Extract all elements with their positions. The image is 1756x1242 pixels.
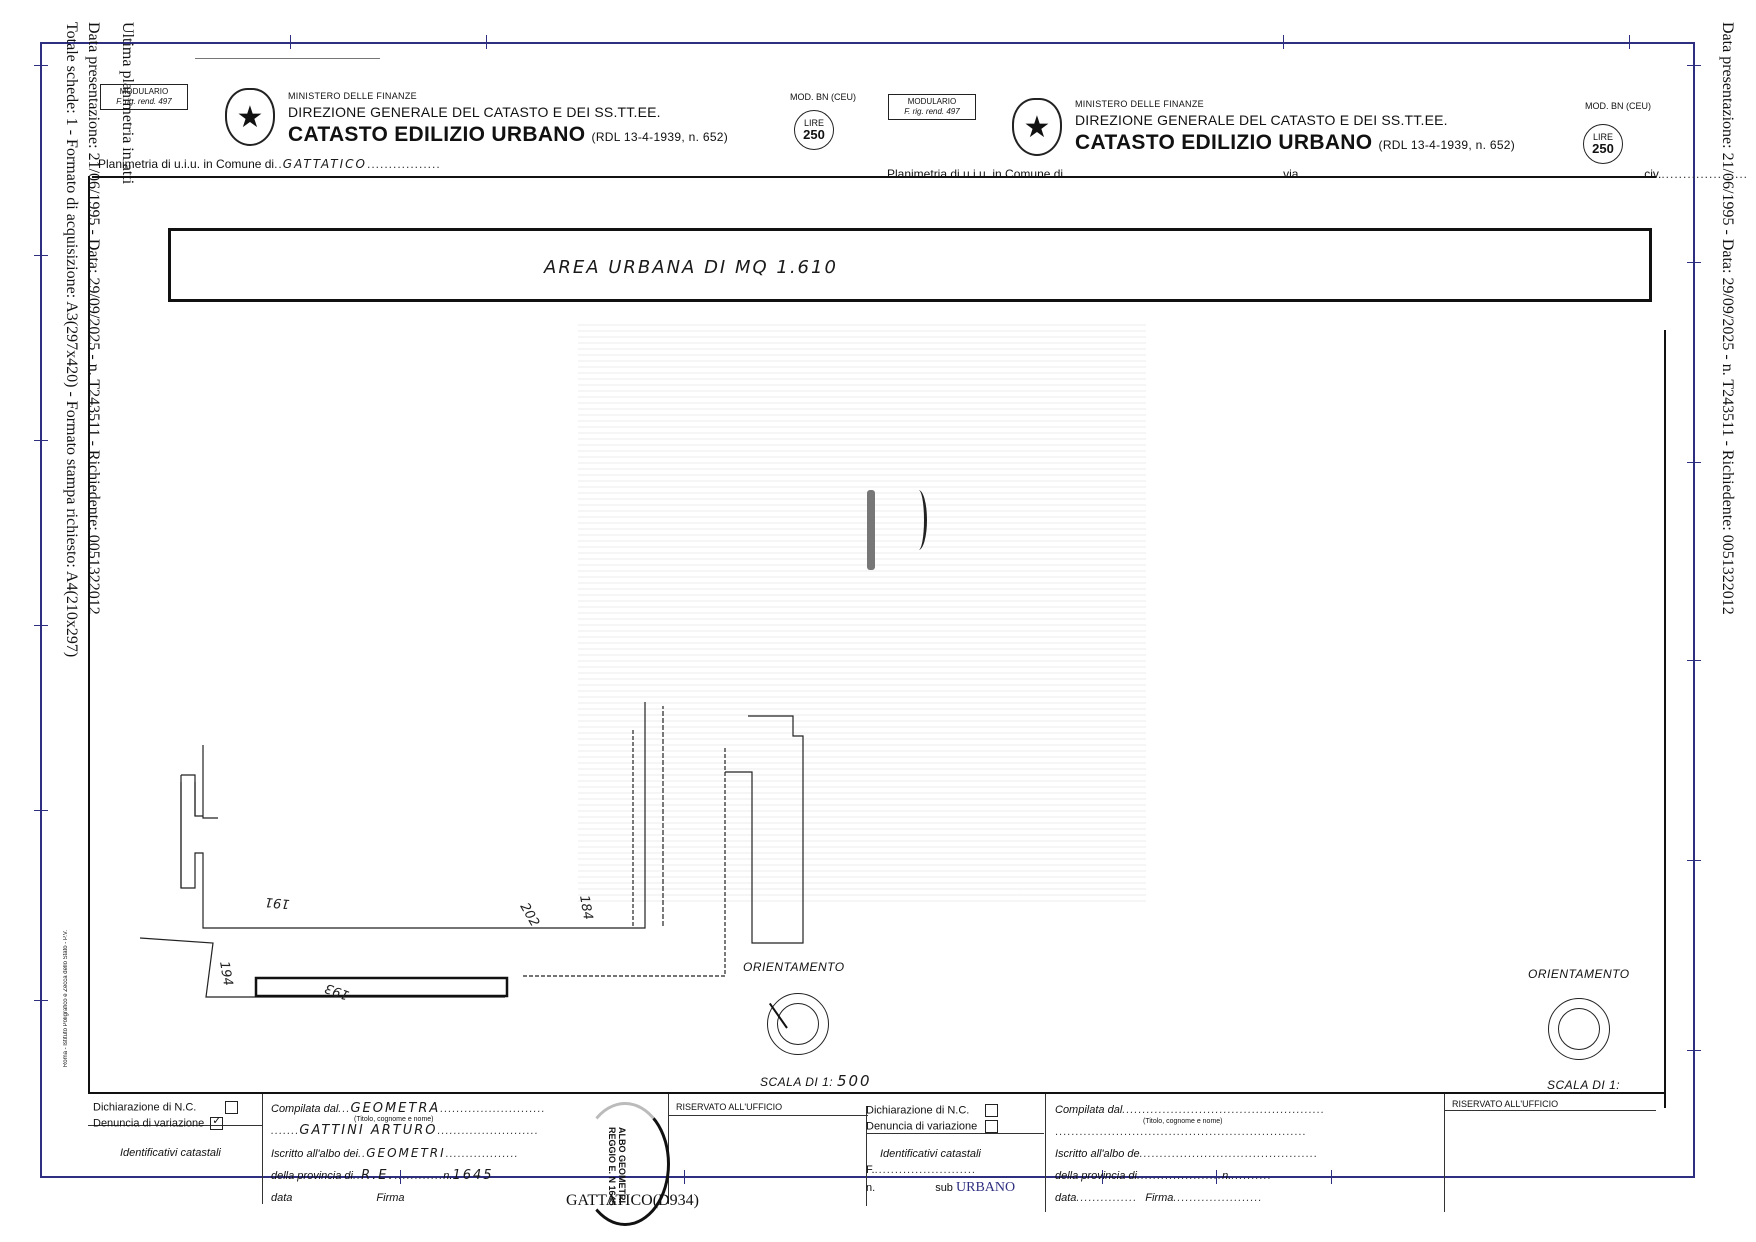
frame-tick bbox=[1283, 35, 1284, 49]
area-note-text: AREA URBANA DI MQ 1.610 bbox=[544, 257, 838, 278]
scale-value-left: 500 bbox=[837, 1072, 872, 1090]
side-text-format: Totale schede: 1 - Formato di acquisizio… bbox=[62, 22, 80, 657]
comune-handwritten: GATTATICO bbox=[283, 157, 367, 171]
model-label-left: MOD. BN (CEU) bbox=[790, 92, 856, 102]
frame-tick bbox=[34, 1000, 48, 1001]
blue-frame-top bbox=[40, 42, 1693, 44]
direction-label-left: DIREZIONE GENERALE DEL CATASTO E DEI SS.… bbox=[288, 104, 661, 120]
orientation-label-right: ORIENTAMENTO bbox=[1528, 967, 1630, 981]
province-row-right: della provincia di.....................n… bbox=[1055, 1170, 1272, 1182]
compiled-hint-right: (Titolo, cognome e nome) bbox=[1143, 1118, 1223, 1125]
bottom-form-divider bbox=[1444, 1094, 1445, 1212]
frame-right-line bbox=[1664, 330, 1666, 1108]
decl-var-checkbox-right[interactable] bbox=[985, 1120, 998, 1133]
reserved-rule bbox=[668, 1115, 868, 1116]
decl-nc-checkbox-right[interactable] bbox=[985, 1104, 998, 1117]
parcel-label: 191 bbox=[264, 894, 290, 911]
date-sign-row-right: data...............Firma................… bbox=[1055, 1192, 1263, 1204]
frame-tick bbox=[1687, 660, 1701, 661]
albo-row-left: Iscritto all'albo dei..GEOMETRI.........… bbox=[271, 1146, 519, 1160]
area-note-box: AREA URBANA DI MQ 1.610 bbox=[168, 228, 1652, 302]
albo-row-right: Iscritto all'albo de....................… bbox=[1055, 1148, 1318, 1160]
catasto-title-right: CATASTO EDILIZIO URBANO (RDL 13-4-1939, … bbox=[1075, 131, 1515, 155]
republic-emblem-icon: ★ bbox=[1012, 98, 1062, 156]
catasto-title-left: CATASTO EDILIZIO URBANO (RDL 13-4-1939, … bbox=[288, 123, 728, 147]
ident-label-right: Identificativi catastali bbox=[880, 1148, 981, 1160]
ident-n-sub-right: n.sub URBANO bbox=[866, 1180, 1015, 1196]
parcel-label: 184 bbox=[576, 894, 595, 921]
reserved-label-left: RISERVATO ALL'UFFICIO bbox=[676, 1102, 782, 1112]
orientation-compass-right bbox=[1548, 998, 1610, 1060]
reserved-label-right: RISERVATO ALL'UFFICIO bbox=[1452, 1099, 1558, 1109]
frame-bottom-line bbox=[88, 1092, 1666, 1094]
model-label-right: MOD. BN (CEU) bbox=[1585, 101, 1651, 111]
scale-label-left: SCALA DI 1: 500 bbox=[760, 1072, 872, 1090]
plan-comune-line-left: Planimetria di u.i.u. in Comune di..GATT… bbox=[98, 157, 441, 171]
orientation-label-left: ORIENTAMENTO bbox=[743, 960, 845, 974]
frame-tick bbox=[34, 625, 48, 626]
parcel-193-strip bbox=[256, 978, 507, 996]
stamp-duty-left: LIRE 250 bbox=[794, 110, 834, 150]
bottom-form-divider bbox=[262, 1094, 263, 1204]
plan-comune-line-right: Planimetria di u.i.u. in Comune di......… bbox=[887, 167, 1748, 181]
modulario-box-right: MODULARIO F. rig. rend. 497 bbox=[888, 94, 976, 120]
direction-label-right: DIREZIONE GENERALE DEL CATASTO E DEI SS.… bbox=[1075, 112, 1448, 128]
ident-f-right: F.......................... bbox=[866, 1164, 976, 1176]
reserved-rule bbox=[1444, 1110, 1656, 1111]
blue-frame-right bbox=[1693, 42, 1695, 1178]
smudge-mark bbox=[867, 490, 875, 570]
frame-tick bbox=[684, 1170, 685, 1184]
decl-var-row-left: Denuncia di variazione✓ bbox=[93, 1117, 223, 1130]
frame-tick bbox=[34, 255, 48, 256]
ident-label-left: Identificativi catastali bbox=[120, 1147, 221, 1159]
decl-nc-checkbox-left[interactable] bbox=[225, 1101, 238, 1114]
frame-tick bbox=[1687, 1050, 1701, 1051]
comune-code-footer: GATTATICO(D934) bbox=[566, 1192, 699, 1210]
header-rule bbox=[195, 58, 380, 59]
frame-top-line bbox=[92, 176, 1656, 178]
republic-emblem-icon: ★ bbox=[225, 88, 275, 146]
compiled-line2-right: ........................................… bbox=[1055, 1126, 1306, 1138]
bottom-form-divider bbox=[866, 1133, 1044, 1134]
frame-tick bbox=[34, 810, 48, 811]
decl-var-checkbox-left[interactable]: ✓ bbox=[210, 1117, 223, 1130]
compiled-hint-left: (Titolo, cognome e nome) bbox=[354, 1116, 434, 1123]
frame-tick bbox=[486, 35, 487, 49]
decl-nc-row-right: Dichiarazione di N.C. bbox=[866, 1104, 998, 1117]
ministry-label-right: MINISTERO DELLE FINANZE bbox=[1075, 99, 1204, 109]
side-text-presentation: Data presentazione: 21/06/1995 - Data: 2… bbox=[84, 22, 102, 615]
decl-var-row-right: Denuncia di variazione bbox=[866, 1120, 998, 1133]
frame-tick bbox=[1687, 65, 1701, 66]
frame-tick bbox=[1629, 35, 1630, 49]
smudge-mark bbox=[910, 490, 927, 550]
frame-tick bbox=[1331, 1170, 1332, 1184]
date-sign-row-left: dataFirma bbox=[271, 1192, 405, 1204]
orientation-compass-left bbox=[767, 993, 829, 1055]
compiled-row-left: Compilata dal...GEOMETRA................… bbox=[271, 1101, 546, 1116]
frame-tick bbox=[290, 35, 291, 49]
frame-tick bbox=[1687, 262, 1701, 263]
parcel-label: 193 bbox=[323, 980, 351, 1003]
decl-nc-row-left: Dichiarazione di N.C. bbox=[93, 1101, 238, 1114]
province-row-left: della provincia di..R.E.............n.16… bbox=[271, 1168, 494, 1183]
bottom-form-divider bbox=[1045, 1094, 1046, 1212]
frame-tick bbox=[34, 65, 48, 66]
parcel-label: 194 bbox=[216, 960, 235, 987]
blue-frame-left bbox=[40, 42, 42, 1178]
parcel-label: 202 bbox=[517, 901, 542, 930]
scale-label-right: SCALA DI 1: bbox=[1547, 1078, 1620, 1092]
stamp-duty-right: LIRE 250 bbox=[1583, 124, 1623, 164]
frame-left-line bbox=[88, 176, 90, 1092]
side-text-presentation-right: Data presentazione: 21/06/1995 - Data: 2… bbox=[1718, 22, 1736, 615]
frame-tick bbox=[34, 440, 48, 441]
frame-tick bbox=[1687, 860, 1701, 861]
ministry-label-left: MINISTERO DELLE FINANZE bbox=[288, 91, 417, 101]
compiled-row-right: Compilata dal...........................… bbox=[1055, 1104, 1325, 1116]
compiled-name-left: .......GATTINI ARTURO...................… bbox=[271, 1123, 539, 1138]
printer-note: Roma - Istituto Poligrafico e Zecca dell… bbox=[63, 930, 69, 1067]
frame-tick bbox=[1687, 462, 1701, 463]
modulario-box-left: MODULARIO F. rig. rend. 497 bbox=[100, 84, 188, 110]
